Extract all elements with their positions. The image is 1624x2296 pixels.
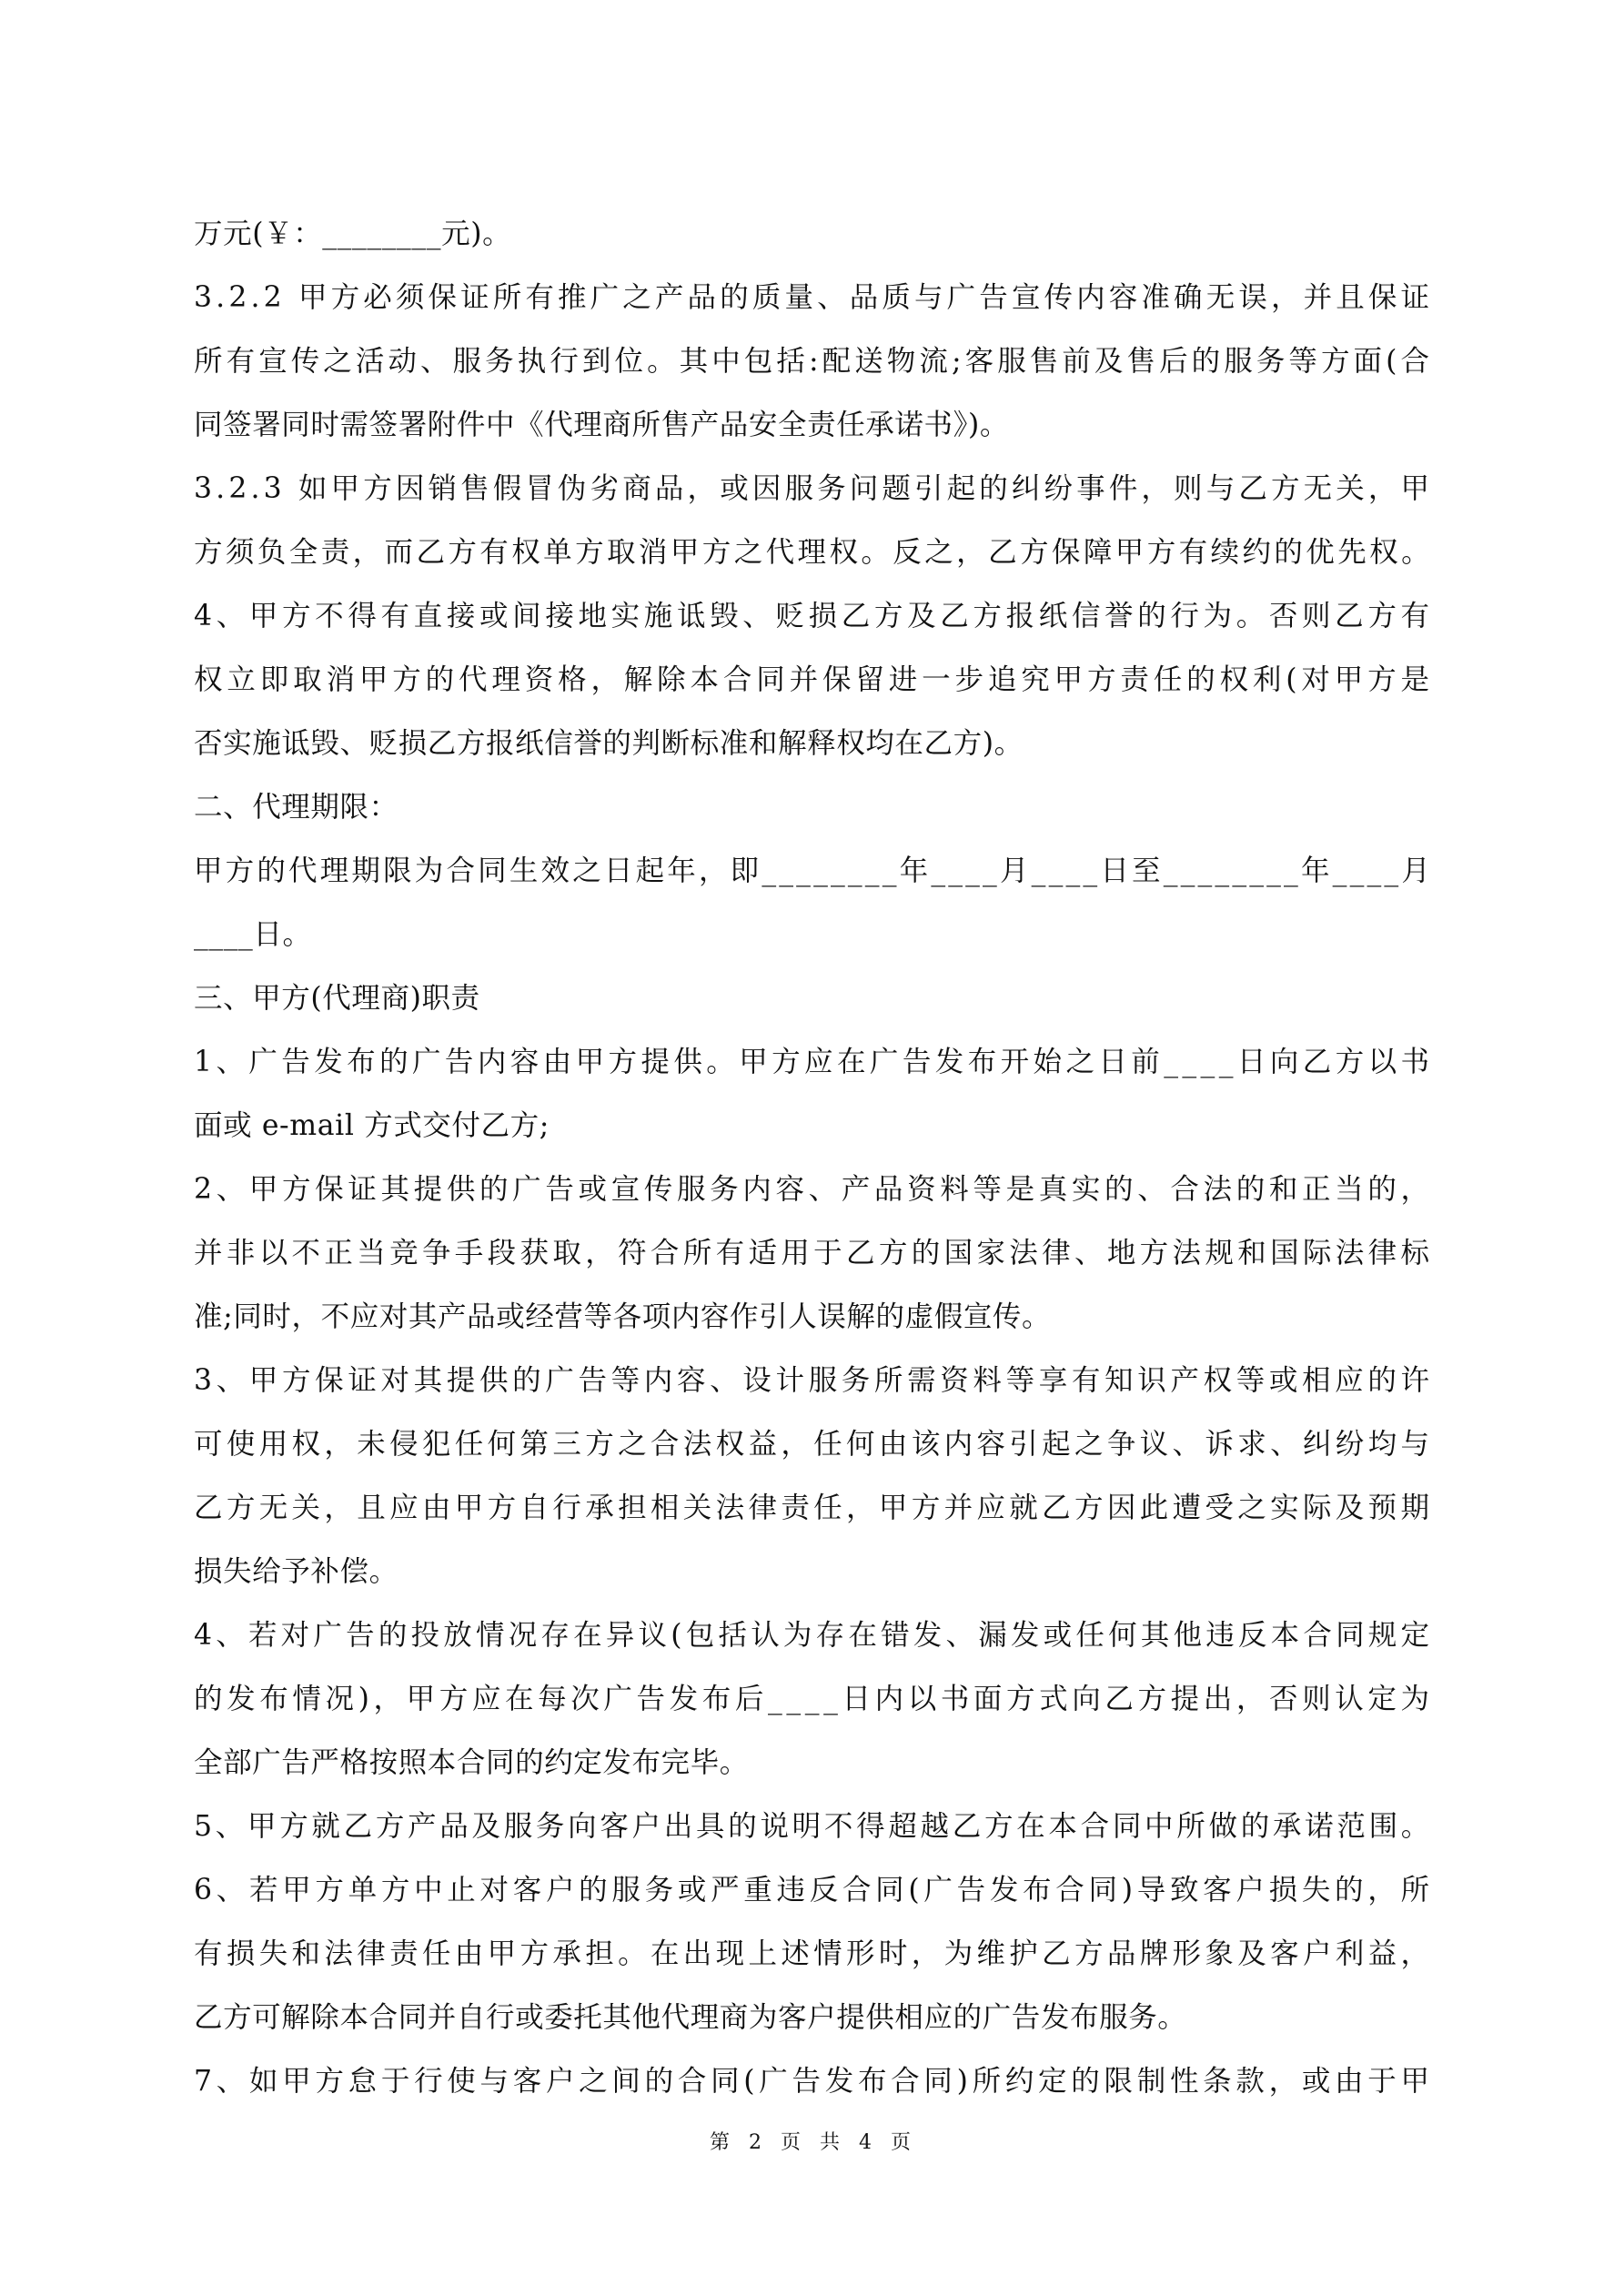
text-line: 权立即取消甲方的代理资格，解除本合同并保留进一步追究甲方责任的权利(对甲方是 [194,648,1433,712]
text-line: 2、甲方保证其提供的广告或宣传服务内容、产品资料等是真实的、合法的和正当的， [194,1158,1433,1221]
text-line: 3.2.3 如甲方因销售假冒伪劣商品，或因服务问题引起的纠纷事件，则与乙方无关，… [194,457,1433,521]
document-page: 万元(￥：________元)。 3.2.2 甲方必须保证所有推广之产品的质量、… [0,0,1624,2296]
text-line: 乙方可解除本合同并自行或委托其他代理商为客户提供相应的广告发布服务。 [194,1986,1433,2049]
text-line: 7、如甲方怠于行使与客户之间的合同(广告发布合同)所约定的限制性条款，或由于甲 [194,2049,1433,2113]
text-line: 甲方的代理期限为合同生效之日起年，即________年____月____日至__… [194,839,1433,903]
text-line: ____日。 [194,903,1433,966]
text-line: 方须负全责，而乙方有权单方取消甲方之代理权。反之，乙方保障甲方有续约的优先权。 [194,521,1433,584]
text-line: 面或 e-mail 方式交付乙方; [194,1094,1433,1158]
text-line: 3.2.2 甲方必须保证所有推广之产品的质量、品质与广告宣传内容准确无误，并且保… [194,266,1433,329]
text-line: 3、甲方保证对其提供的广告等内容、设计服务所需资料等享有知识产权等或相应的许 [194,1349,1433,1412]
text-line: 4、若对广告的投放情况存在异议(包括认为存在错发、漏发或任何其他违反本合同规定 [194,1603,1433,1667]
document-body: 万元(￥：________元)。 3.2.2 甲方必须保证所有推广之产品的质量、… [194,202,1433,2113]
text-line: 并非以不正当竞争手段获取，符合所有适用于乙方的国家法律、地方法规和国际法律标 [194,1221,1433,1285]
text-line: 5、甲方就乙方产品及服务向客户出具的说明不得超越乙方在本合同中所做的承诺范围。 [194,1795,1433,1858]
text-line: 4、甲方不得有直接或间接地实施诋毁、贬损乙方及乙方报纸信誉的行为。否则乙方有 [194,584,1433,648]
text-line: 全部广告严格按照本合同的约定发布完毕。 [194,1731,1433,1795]
text-line: 损失给予补偿。 [194,1540,1433,1603]
section-heading: 三、甲方(代理商)职责 [194,966,1433,1030]
text-line: 万元(￥：________元)。 [194,202,1433,266]
text-line: 乙方无关，且应由甲方自行承担相关法律责任，甲方并应就乙方因此遭受之实际及预期 [194,1476,1433,1540]
text-line: 的发布情况)，甲方应在每次广告发布后____日内以书面方式向乙方提出，否则认定为 [194,1667,1433,1731]
text-line: 6、若甲方单方中止对客户的服务或严重违反合同(广告发布合同)导致客户损失的，所 [194,1858,1433,1922]
text-line: 1、广告发布的广告内容由甲方提供。甲方应在广告发布开始之日前____日向乙方以书 [194,1030,1433,1094]
text-line: 同签署同时需签署附件中《代理商所售产品安全责任承诺书》)。 [194,393,1433,457]
page-number-footer: 第 2 页 共 4 页 [0,2128,1624,2159]
text-line: 可使用权，未侵犯任何第三方之合法权益，任何由该内容引起之争议、诉求、纠纷均与 [194,1412,1433,1476]
text-line: 所有宣传之活动、服务执行到位。其中包括:配送物流;客服售前及售后的服务等方面(合 [194,329,1433,393]
text-line: 有损失和法律责任由甲方承担。在出现上述情形时，为维护乙方品牌形象及客户利益， [194,1922,1433,1986]
section-heading: 二、代理期限： [194,775,1433,839]
text-line: 否实施诋毁、贬损乙方报纸信誉的判断标准和解释权均在乙方)。 [194,712,1433,775]
text-line: 准;同时，不应对其产品或经营等各项内容作引人误解的虚假宣传。 [194,1285,1433,1349]
